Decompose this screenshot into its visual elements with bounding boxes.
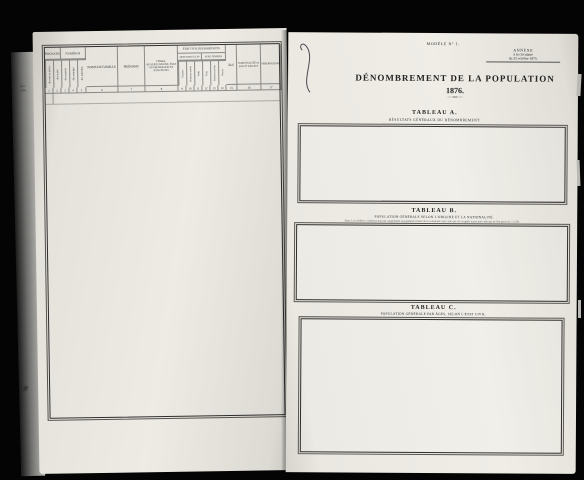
header-col-number: 9 bbox=[178, 86, 186, 92]
header-col-number: 10 bbox=[186, 85, 194, 91]
header-col-number: 7 bbox=[118, 86, 145, 92]
modele-label: MODÈLE N° 1. bbox=[388, 41, 498, 47]
pencil-mark-top: 44 bbox=[17, 83, 27, 93]
header-prenoms: PRÉNOMS bbox=[118, 46, 146, 86]
header-col-number: 4 bbox=[69, 87, 77, 93]
census-table: DÉSIGNATIONdes rues et placesdes écartsN… bbox=[44, 43, 286, 419]
tableau-c-subtitle: POPULATION GÉNÉRALE PAR ÂGES, SELON L'ÉT… bbox=[327, 311, 541, 316]
pencil-mark-bottom: # bbox=[21, 384, 29, 394]
street-margin-notes bbox=[33, 28, 287, 32]
header-titres: TITRES, QUALIFICATIONS, ÉTAT OU PROFESSI… bbox=[145, 46, 179, 87]
summary-form-page: MODÈLE N° 1. ANNEXE à la circulaire du 2… bbox=[286, 32, 579, 474]
header-col-number: 13 bbox=[210, 85, 218, 91]
title-ornament: —«»— bbox=[348, 94, 562, 100]
census-table-header: DÉSIGNATIONdes rues et placesdes écartsN… bbox=[45, 44, 280, 94]
ink-flourish bbox=[290, 40, 324, 96]
header-col-number: 11 bbox=[194, 85, 202, 91]
header-col-number: 8 bbox=[145, 86, 178, 93]
header-designation: DÉSIGNATION bbox=[45, 48, 61, 60]
page-edge-sliver bbox=[578, 300, 581, 318]
header-col-number: 2 bbox=[53, 88, 61, 94]
header-col-number: 17 bbox=[261, 84, 281, 90]
census-list-page: DÉSIGNATIONdes rues et placesdes écartsN… bbox=[33, 28, 294, 474]
page-edge-sliver bbox=[576, 74, 581, 96]
header-numeros: NUMÉROS bbox=[61, 47, 86, 59]
tableau-a bbox=[299, 125, 565, 203]
header-col-number: 6 bbox=[86, 87, 118, 94]
census-cell bbox=[46, 94, 54, 104]
header-col-number: 14 bbox=[218, 85, 226, 91]
tableau-c bbox=[300, 318, 563, 454]
header-col-number: 3 bbox=[61, 87, 69, 93]
header-col-number: 15 bbox=[226, 85, 237, 91]
tableau-b-nota: Nota. Les chiffres ci-dessous doivent co… bbox=[301, 219, 563, 224]
header-nationalite: NATIONALITÉ ou pays de naissance bbox=[237, 44, 262, 84]
header-col-number: 16 bbox=[237, 84, 261, 90]
header-numeros-sub: des individus bbox=[77, 59, 86, 87]
header-noms: NOMS DE FAMILLE bbox=[86, 47, 119, 87]
annexe-block: ANNEXE à la circulaire du 25 octobre 187… bbox=[486, 47, 560, 62]
microfilm-scan-viewport: { "scan_marks": { "pencil_top": "44", "p… bbox=[0, 0, 584, 480]
header-col-number: 5 bbox=[77, 87, 86, 93]
tableau-a-title: TABLEAU A. bbox=[328, 109, 542, 116]
tableau-b bbox=[296, 224, 568, 302]
header-col-number: 1 bbox=[45, 88, 53, 94]
tableau-a-subtitle: RÉSULTATS GÉNÉRAUX DU DÉNOMBREMENT. bbox=[328, 117, 542, 122]
locality-fields bbox=[288, 32, 578, 34]
page-title: DÉNOMBREMENT DE LA POPULATION bbox=[348, 72, 562, 83]
page-edge-sliver bbox=[577, 160, 581, 186]
header-observations: OBSERVATIONS bbox=[261, 44, 282, 84]
header-age: ÂGE bbox=[226, 45, 238, 85]
header-col-number: 12 bbox=[202, 85, 210, 91]
annexe-line: du 25 octobre 1875. bbox=[486, 56, 560, 62]
